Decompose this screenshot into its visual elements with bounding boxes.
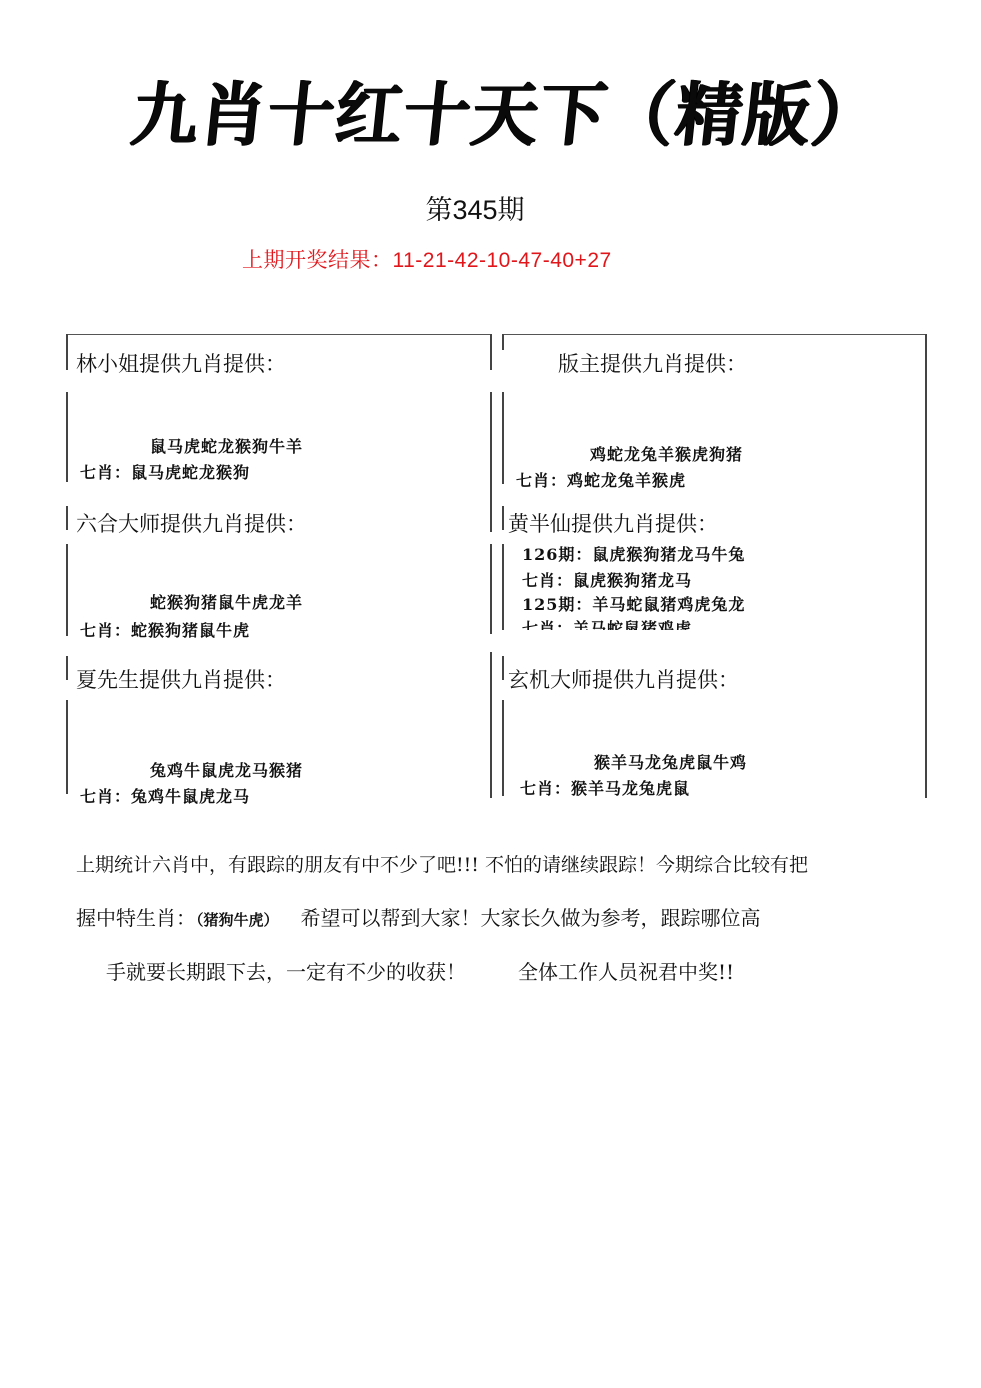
footer-line-3-start: 手就要长期跟下去，一定有不少的收获！	[106, 960, 466, 984]
cell-heading: 黄半仙提供九肖提供：	[508, 508, 724, 538]
nine-zodiac: 蛇猴狗猪鼠牛虎龙羊	[150, 590, 303, 613]
history-line: 七肖：羊马蛇鼠猪鸡虎	[522, 616, 692, 630]
seven-value: 兔鸡牛鼠虎龙马	[131, 787, 250, 806]
forecast-cell-lin: 林小姐提供九肖提供： 鼠马虎蛇龙猴狗牛羊 七肖：鼠马虎蛇龙猴狗	[66, 334, 486, 484]
forecast-cell-huang: 黄半仙提供九肖提供： 126期：鼠虎猴狗猪龙马牛兔 七肖：鼠虎猴狗猪龙马 125…	[502, 494, 922, 644]
history-line: 七肖：鼠虎猴狗猪龙马	[522, 568, 692, 591]
cell-heading: 林小姐提供九肖提供：	[76, 348, 292, 378]
forecast-cell-xia: 夏先生提供九肖提供： 兔鸡牛鼠虎龙马猴猪 七肖：兔鸡牛鼠虎龙马	[66, 650, 486, 800]
seven-value: 猴羊马龙兔虎鼠	[571, 779, 690, 798]
nine-zodiac: 鸡蛇龙兔羊猴虎狗猪	[590, 442, 743, 465]
forecast-cell-admin: 版主提供九肖提供： 鸡蛇龙兔羊猴虎狗猪 七肖：鸡蛇龙兔羊猴虎	[502, 334, 922, 484]
history-line: 126期：鼠虎猴狗猪龙马牛兔	[522, 542, 745, 565]
divider	[925, 334, 927, 798]
history-line: 125期：羊马蛇鼠猪鸡虎兔龙	[522, 592, 745, 615]
divider	[490, 544, 492, 634]
seven-zodiac: 七肖：鸡蛇龙兔羊猴虎	[516, 468, 686, 491]
footer-line-2-end: 希望可以帮到大家！大家长久做为参考，跟踪哪位高	[301, 906, 761, 930]
footer-line-3: 手就要长期跟下去，一定有不少的收获！全体工作人员祝君中奖!!	[106, 956, 734, 985]
seven-label: 七肖：	[80, 463, 131, 482]
seven-label: 七肖：	[80, 787, 131, 806]
seven-zodiac: 七肖：蛇猴狗猪鼠牛虎	[80, 618, 250, 641]
seven-label: 七肖：	[80, 621, 131, 640]
divider	[490, 392, 492, 532]
nine-zodiac: 兔鸡牛鼠虎龙马猴猪	[150, 758, 303, 781]
last-result-numbers: 11-21-42-10-47-40+27	[393, 249, 612, 272]
footer-line-3-end: 全体工作人员祝君中奖!!	[518, 960, 734, 984]
cell-heading: 版主提供九肖提供：	[558, 348, 753, 378]
seven-value: 鸡蛇龙兔羊猴虎	[567, 471, 686, 490]
cell-heading: 玄机大师提供九肖提供：	[508, 664, 745, 694]
last-result-label: 上期开奖结果：	[242, 249, 393, 272]
seven-value: 鼠马虎蛇龙猴狗	[131, 463, 250, 482]
nine-zodiac: 鼠马虎蛇龙猴狗牛羊	[150, 434, 303, 457]
nine-zodiac: 猴羊马龙兔虎鼠牛鸡	[594, 750, 747, 773]
seven-value: 蛇猴狗猪鼠牛虎	[131, 621, 250, 640]
page-title: 九肖十红十天下（精版）	[128, 74, 817, 158]
seven-zodiac: 七肖：鼠马虎蛇龙猴狗	[80, 460, 250, 483]
seven-zodiac: 七肖：兔鸡牛鼠虎龙马	[80, 784, 250, 807]
seven-label: 七肖：	[520, 779, 571, 798]
footer-line-1: 上期统计六肖中，有跟踪的朋友有中不少了吧!!! 不怕的请继续跟踪！今期综合比较有…	[76, 850, 808, 877]
cell-heading: 六合大师提供九肖提供：	[76, 508, 313, 538]
cell-heading: 夏先生提供九肖提供：	[76, 664, 292, 694]
footer-line-2-start: 握中特生肖：	[76, 906, 196, 930]
issue-number: 第345期	[0, 188, 950, 227]
special-zodiac: （猪狗牛虎）	[196, 911, 279, 929]
forecast-cell-xuanji: 玄机大师提供九肖提供： 猴羊马龙兔虎鼠牛鸡 七肖：猴羊马龙兔虎鼠	[502, 650, 922, 800]
forecast-cell-liuhe: 六合大师提供九肖提供： 蛇猴狗猪鼠牛虎龙羊 七肖：蛇猴狗猪鼠牛虎	[66, 494, 486, 644]
seven-label: 七肖：	[516, 471, 567, 490]
forecast-grid: 林小姐提供九肖提供： 鼠马虎蛇龙猴狗牛羊 七肖：鼠马虎蛇龙猴狗 版主提供九肖提供…	[66, 334, 927, 800]
footer-line-2: 握中特生肖：（猪狗牛虎）希望可以帮到大家！大家长久做为参考，跟踪哪位高	[76, 902, 761, 931]
last-result: 上期开奖结果：11-21-42-10-47-40+27	[242, 244, 612, 274]
divider	[490, 334, 492, 370]
seven-zodiac: 七肖：猴羊马龙兔虎鼠	[520, 776, 690, 799]
divider	[490, 652, 492, 798]
